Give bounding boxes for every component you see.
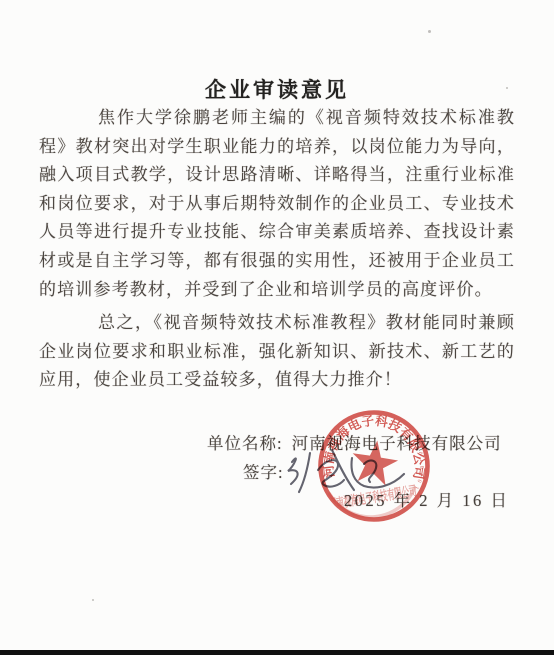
- scanned-document-page: 企业审读意见 焦作大学徐鹏老师主编的《视音频特效技术标准教程》教材突出对学生职业…: [0, 0, 554, 655]
- document-title: 企业审读意见: [0, 74, 554, 104]
- paragraph-1: 焦作大学徐鹏老师主编的《视音频特效技术标准教程》教材突出对学生职业能力的培养，以…: [39, 104, 515, 304]
- seal-star-icon: [353, 441, 398, 486]
- unit-name-label: 单位名称:: [207, 434, 283, 453]
- signature-label: 签字:: [243, 463, 284, 482]
- scan-speck: [506, 87, 508, 89]
- document-body: 焦作大学徐鹏老师主编的《视音频特效技术标准教程》教材突出对学生职业能力的培养，以…: [39, 104, 515, 395]
- scan-speck: [428, 30, 431, 33]
- scan-speck: [92, 599, 94, 601]
- signature-line: 签字:: [243, 459, 284, 483]
- photo-edge-bar: [0, 650, 554, 655]
- company-seal: 河南视海电子科技有限公司 41010401 河南视海电子科技有限公司: [315, 407, 433, 525]
- paragraph-2: 总之，《视音频特效技术标准教程》教材能同时兼顾企业岗位要求和职业标准，强化新知识…: [39, 309, 515, 395]
